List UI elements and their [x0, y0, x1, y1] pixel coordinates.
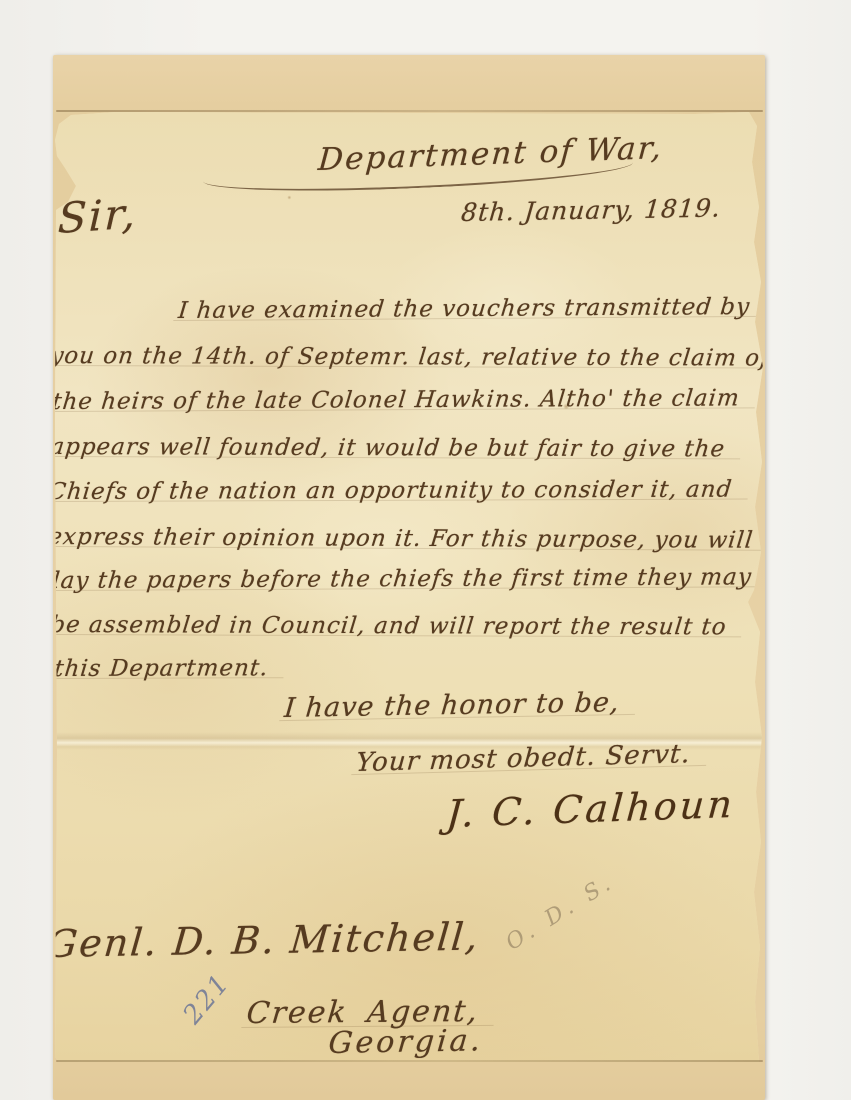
body-line: express their opinion upon it. For this … — [47, 524, 755, 554]
sheet-top-crease — [56, 110, 763, 112]
signature: J. C. Calhoun — [445, 782, 736, 836]
pencil-number-annotation: 221 — [177, 968, 236, 1030]
address-line: Genl. D. B. Mitchell, — [45, 914, 482, 966]
body-line: be assembled in Council, and will report… — [49, 612, 728, 640]
pencil-initials-annotation: O. D. S. — [502, 869, 619, 955]
body-line: I have examined the vouchers transmitted… — [177, 294, 751, 324]
letter-sheet: Department of War, 8th. January, 1819. S… — [55, 112, 765, 1062]
sheet-bottom-edge — [56, 1060, 763, 1062]
letterhead-office: Department of War, — [317, 130, 664, 178]
body-line: Chiefs of the nation an opportunity to c… — [47, 477, 734, 505]
letterhead-date: 8th. January, 1819. — [460, 193, 722, 227]
body-line: the heirs of the late Colonel Hawkins. A… — [51, 385, 741, 415]
address-line: Georgia. — [327, 1023, 485, 1061]
body-line: lay the papers before the chiefs the fir… — [51, 564, 753, 594]
body-line: appears well founded, it would be but fa… — [49, 434, 726, 462]
body-line: this Department. — [53, 655, 270, 682]
body-line: you on the 14th. of Septemr. last, relat… — [49, 343, 771, 372]
closing-line: I have the honor to be, — [283, 687, 621, 724]
